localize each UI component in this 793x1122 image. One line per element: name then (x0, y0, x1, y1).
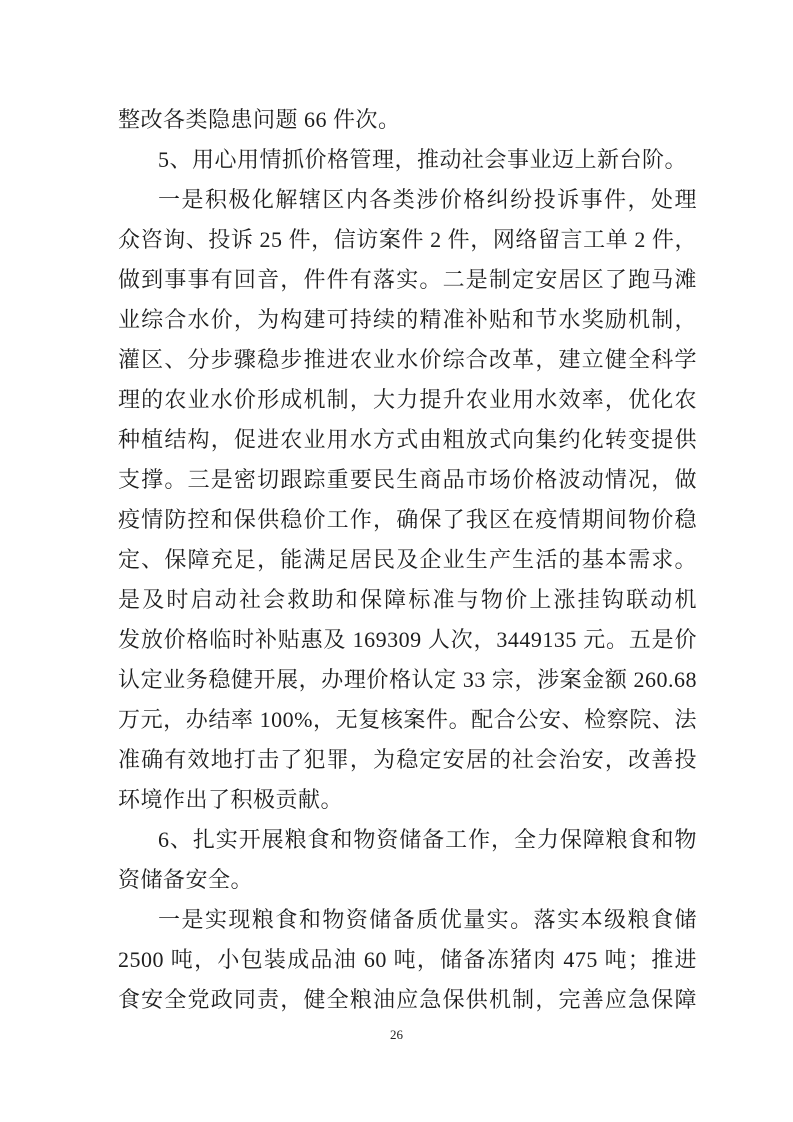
document-page: 整改各类隐患问题 66 件次。5、用心用情抓价格管理，推动社会事业迈上新台阶。一… (0, 0, 793, 1122)
text-line: 2500 吨，小包装成品油 60 吨，储备冻猪肉 475 吨；推进粮 (118, 940, 697, 980)
page-footer: 26 (0, 1026, 793, 1044)
text-line: 认定业务稳健开展，办理价格认定 33 宗，涉案金额 260.68 (118, 660, 697, 700)
text-line: 是及时启动社会救助和保障标准与物价上涨挂钩联动机制， (118, 580, 697, 620)
text-line: 理的农业水价形成机制，大力提升农业用水效率，优化农业 (118, 380, 697, 420)
paragraph: 一是积极化解辖区内各类涉价格纠纷投诉事件，处理群众咨询、投诉 25 件，信访案件… (118, 180, 697, 820)
text-line: 环境作出了积极贡献。 (118, 780, 697, 820)
text-line: 准确有效地打击了犯罪，为稳定安居的社会治安，改善投资 (118, 740, 697, 780)
text-line: 支撑。三是密切跟踪重要民生商品市场价格波动情况，做好 (118, 460, 697, 500)
text-line: 6、扎实开展粮食和物资储备工作，全力保障粮食和物 (118, 820, 697, 860)
text-line: 业综合水价，为构建可持续的精准补贴和节水奖励机制，分 (118, 300, 697, 340)
document-body: 整改各类隐患问题 66 件次。5、用心用情抓价格管理，推动社会事业迈上新台阶。一… (118, 100, 697, 1020)
paragraph: 5、用心用情抓价格管理，推动社会事业迈上新台阶。 (118, 140, 697, 180)
text-line: 食安全党政同责，健全粮油应急保供机制，完善应急保障体 (118, 980, 697, 1020)
paragraph: 整改各类隐患问题 66 件次。 (118, 100, 697, 140)
page-number: 26 (390, 1027, 403, 1042)
text-line: 灌区、分步骤稳步推进农业水价综合改革，建立健全科学合 (118, 340, 697, 380)
text-line: 定、保障充足，能满足居民及企业生产生活的基本需求。四 (118, 540, 697, 580)
text-line: 疫情防控和保供稳价工作，确保了我区在疫情期间物价稳 (118, 500, 697, 540)
text-line: 一是实现粮食和物资储备质优量实。落实本级粮食储备 (118, 900, 697, 940)
text-line: 一是积极化解辖区内各类涉价格纠纷投诉事件，处理群 (118, 180, 697, 220)
paragraph: 一是实现粮食和物资储备质优量实。落实本级粮食储备2500 吨，小包装成品油 60… (118, 900, 697, 1020)
text-line: 种植结构，促进农业用水方式由粗放式向集约化转变提供了 (118, 420, 697, 460)
text-line: 发放价格临时补贴惠及 169309 人次，3449135 元。五是价格 (118, 620, 697, 660)
paragraph: 6、扎实开展粮食和物资储备工作，全力保障粮食和物资储备安全。 (118, 820, 697, 900)
text-line: 做到事事有回音，件件有落实。二是制定安居区了跑马滩农 (118, 260, 697, 300)
text-line: 5、用心用情抓价格管理，推动社会事业迈上新台阶。 (118, 140, 697, 180)
text-line: 整改各类隐患问题 66 件次。 (118, 100, 697, 140)
text-line: 众咨询、投诉 25 件，信访案件 2 件，网络留言工单 2 件， (118, 220, 697, 260)
text-line: 资储备安全。 (118, 860, 697, 900)
text-line: 万元，办结率 100%，无复核案件。配合公安、检察院、法院， (118, 700, 697, 740)
